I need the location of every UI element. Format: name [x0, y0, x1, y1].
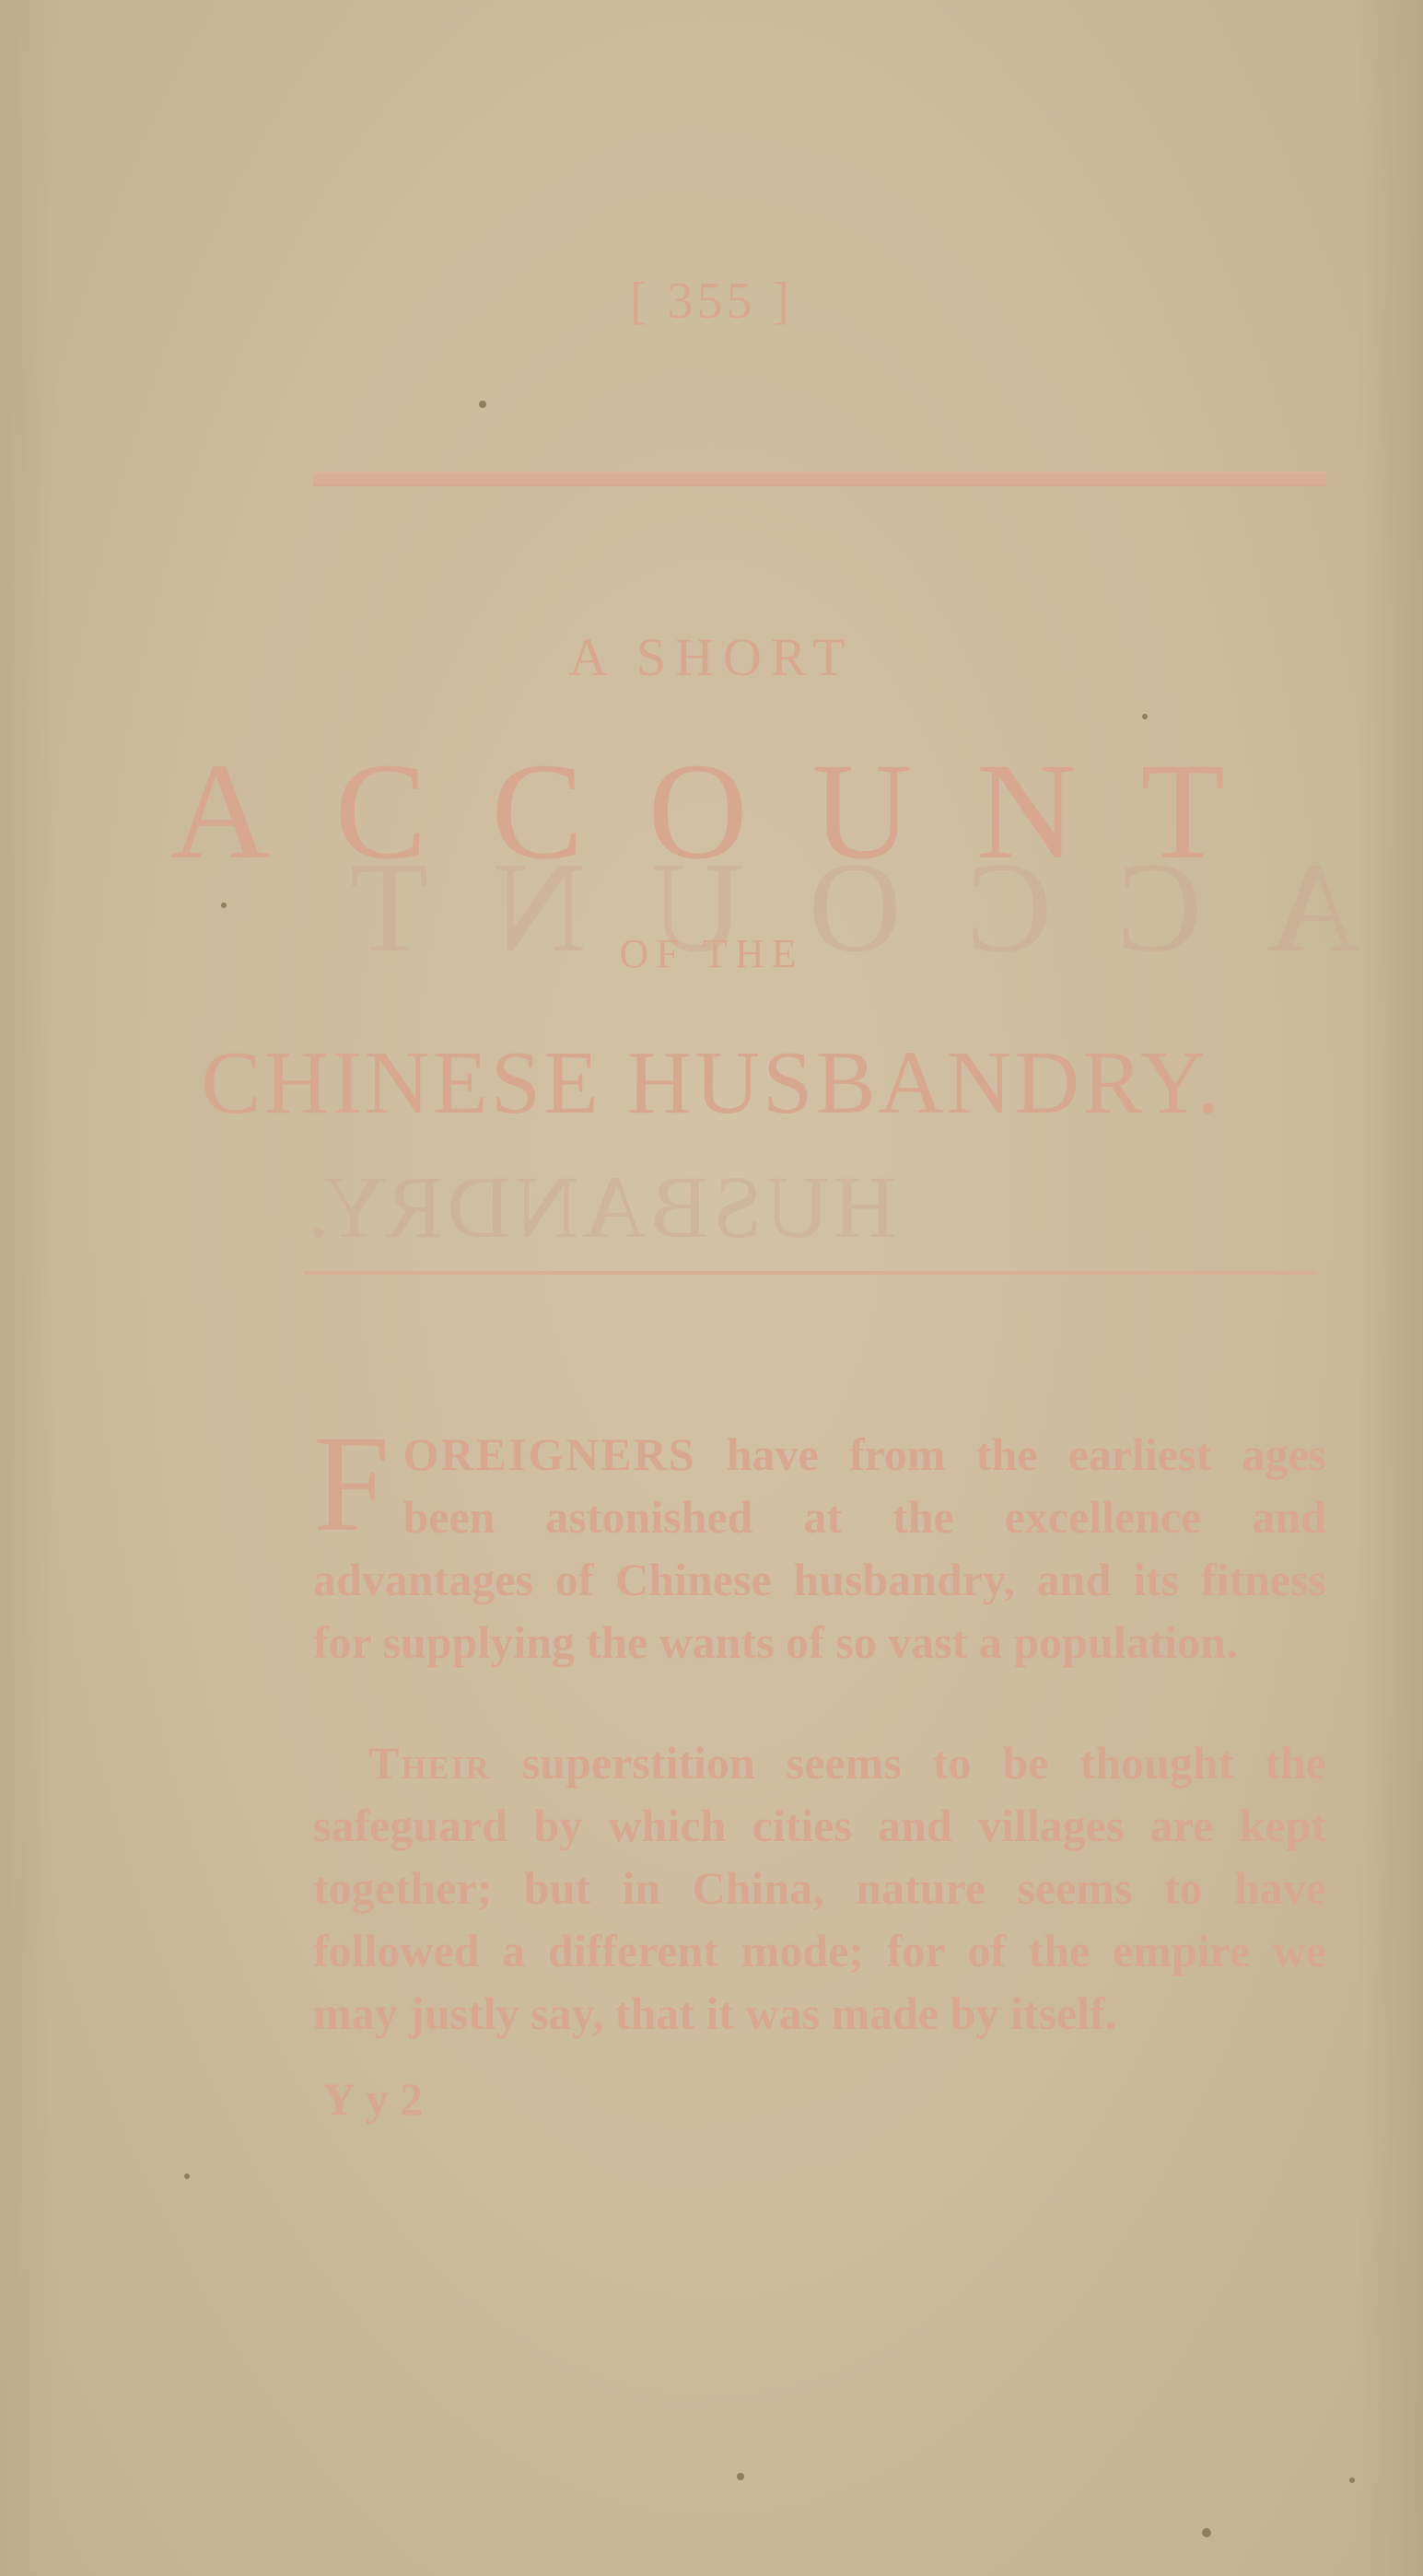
paper-speck: [184, 2174, 190, 2179]
title-rule: [304, 1271, 1317, 1275]
paper-speck: [737, 2473, 744, 2480]
title-chinese-husbandry: CHINESE HUSBANDRY.: [0, 1032, 1423, 1135]
paragraph-1-lead: OREIGNERS: [402, 1428, 695, 1480]
paper-speck: [1349, 2477, 1355, 2483]
paragraph-2-lead: Their: [368, 1737, 491, 1789]
page-edge-shadow-left: [0, 0, 55, 2576]
paper-speck: [479, 401, 486, 408]
signature-mark: Y y 2: [322, 2072, 423, 2126]
page-number: [ 355 ]: [0, 272, 1423, 331]
paper-speck: [1202, 2528, 1211, 2537]
paper-background: [0, 0, 1423, 2576]
paper-speck: [221, 903, 227, 908]
page-edge-shadow-right: [1359, 0, 1423, 2576]
bleed-through-husbandry: HUSBANDRY.: [304, 1156, 897, 1258]
title-of-the: OF THE: [0, 930, 1423, 977]
title-a-short: A SHORT: [0, 626, 1423, 688]
paragraph-1: FOREIGNERS have from the earliest ages b…: [313, 1423, 1326, 1673]
header-rule: [313, 472, 1326, 486]
title-account: ACCOUNT: [0, 732, 1423, 891]
paper-speck: [1142, 714, 1148, 719]
drop-cap: F: [313, 1428, 390, 1539]
paragraph-2: Their superstition seems to be thought t…: [313, 1731, 1326, 2045]
